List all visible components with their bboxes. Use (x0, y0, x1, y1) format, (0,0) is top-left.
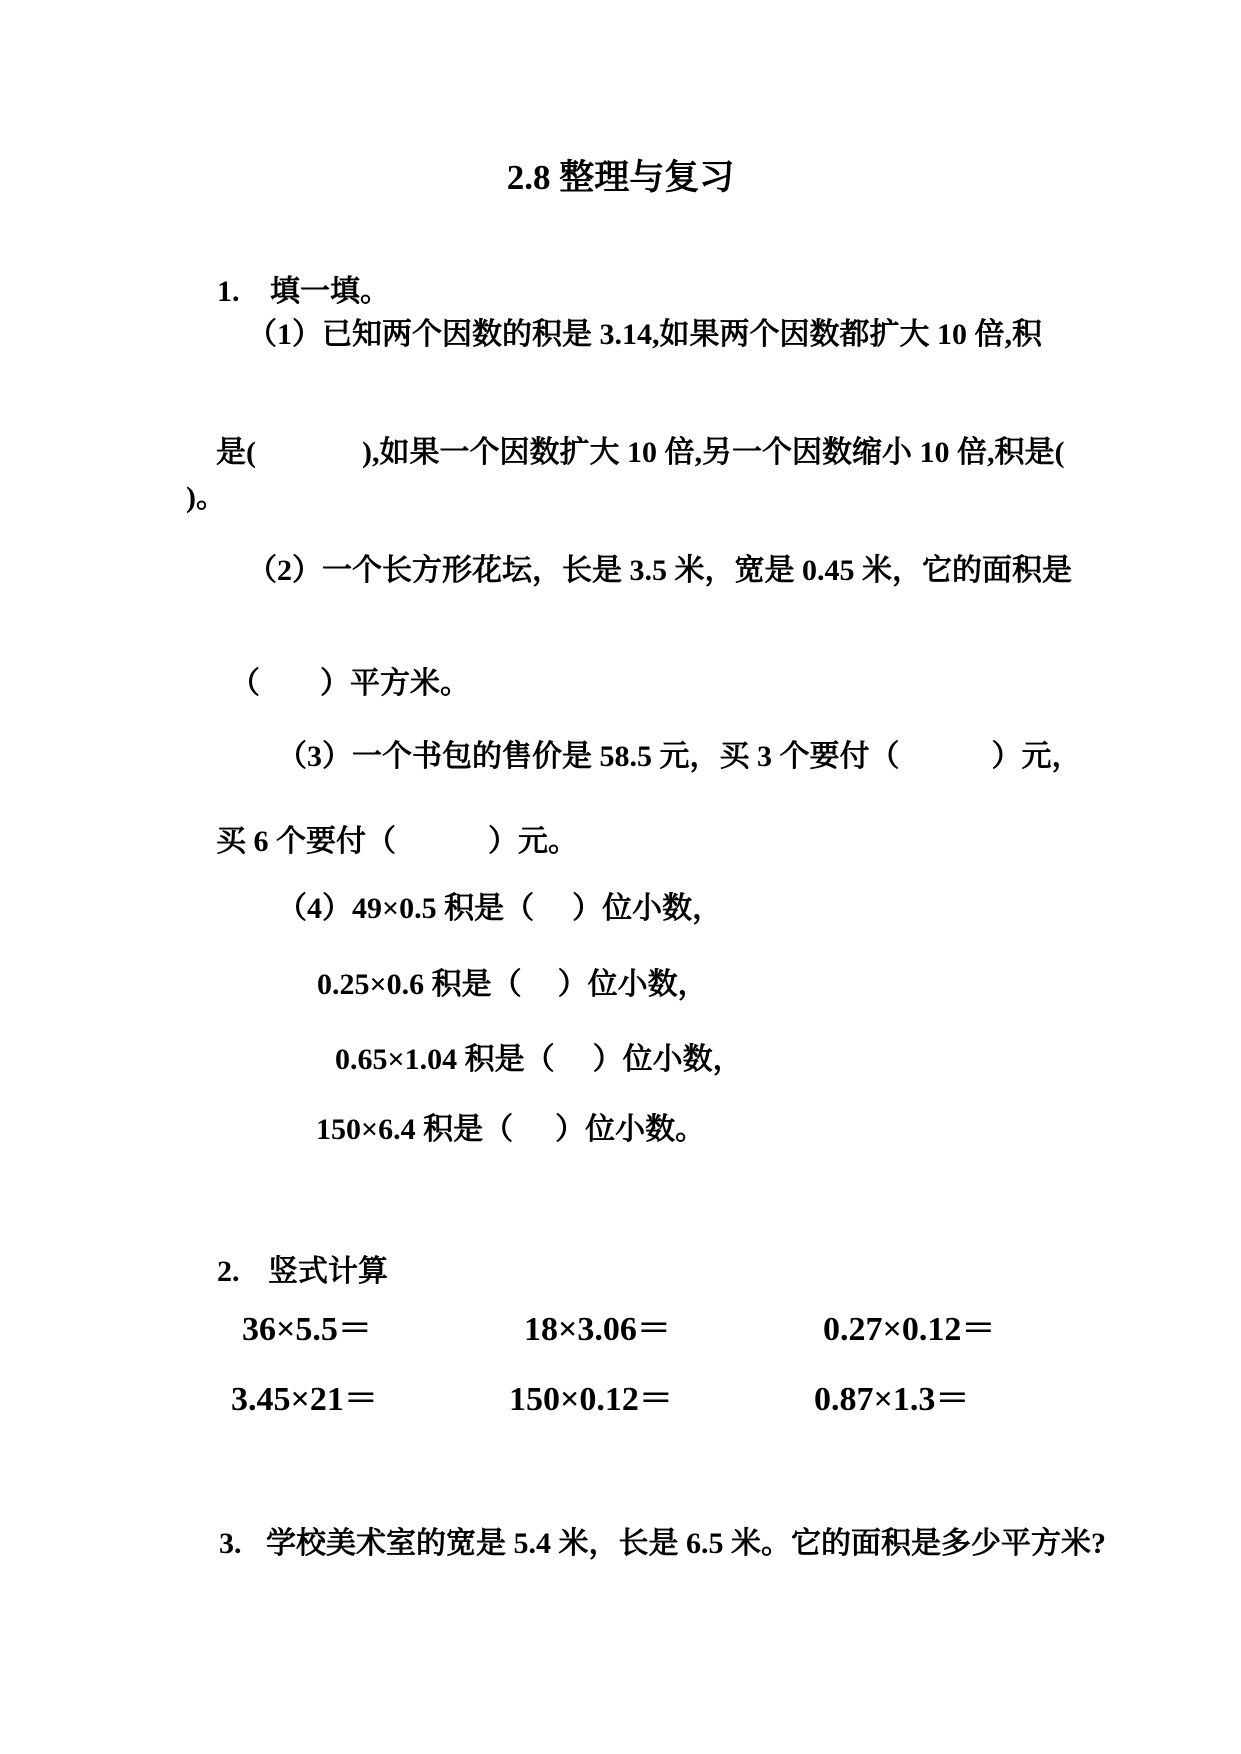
q1-sub2-line2-post: ）平方米。 (320, 667, 470, 700)
q1-sub4-line1-post: ）位小数， (572, 892, 722, 925)
question-3: 3.学校美术室的宽是 5.4 米，长是 6.5 米。它的面积是多少平方米? (189, 1488, 1106, 1599)
q1-sub2-line1: （2）一个长方形花坛，长是 3.5 米，宽是 0.45 米，它的面积是 (247, 552, 1072, 589)
q1-sub1-line1: （1）已知两个因数的积是 3.14,如果两个因数都扩大 10 倍,积 (247, 316, 1042, 353)
answer-blank (260, 692, 320, 693)
answer-blank (396, 850, 488, 851)
equation-3.45x21: 3.45×21＝ (231, 1380, 378, 1420)
q1-sub4-line2-pre: 0.25×0.6 积是（ (317, 968, 522, 1001)
answer-blank (256, 461, 362, 462)
answer-blank (522, 993, 558, 994)
q1-sub1-line2-post: ),如果一个因数扩大 10 倍,另一个因数缩小 10 倍,积是( (362, 436, 1064, 469)
question-1-title: 填一填。 (270, 275, 390, 308)
q1-sub1-line3: )。 (186, 479, 226, 516)
q1-sub3-line1-pre: （3）一个书包的售价是 58.5 元，买 3 个要付（ (277, 740, 900, 773)
question-1-number: 1. (217, 273, 270, 310)
worksheet-page: 2.8 整理与复习 1.填一填。 （1）已知两个因数的积是 3.14,如果两个因… (0, 0, 1241, 1754)
question-3-number: 3. (219, 1525, 266, 1562)
q1-sub4-line4-post: ）位小数。 (555, 1113, 705, 1146)
answer-blank (900, 765, 992, 766)
answer-blank (555, 1068, 593, 1069)
question-2-title: 竖式计算 (268, 1255, 388, 1288)
q1-sub1-line2-pre: 是( (216, 436, 256, 469)
q1-sub4-line1-pre: （4）49×0.5 积是（ (277, 892, 534, 925)
q1-sub4-line4-pre: 150×6.4 积是（ (316, 1113, 513, 1146)
equation-0.87x1.3: 0.87×1.3＝ (814, 1380, 969, 1420)
equation-18x3.06: 18×3.06＝ (524, 1310, 671, 1350)
q1-sub4-line3-post: ）位小数， (593, 1043, 743, 1076)
q1-sub4-line4: 150×6.4 积是（）位小数。 (286, 1074, 705, 1185)
q1-sub3-line1-post: ）元， (992, 740, 1082, 773)
q1-sub2-line2-pre: （ (230, 667, 260, 700)
answer-blank (534, 917, 572, 918)
equation-36x5.5: 36×5.5＝ (242, 1310, 372, 1350)
page-title: 2.8 整理与复习 (0, 158, 1241, 198)
q1-sub1-line2: 是(),如果一个因数扩大 10 倍,另一个因数缩小 10 倍,积是( (186, 397, 1064, 508)
equation-0.27x0.12: 0.27×0.12＝ (823, 1310, 995, 1350)
q1-sub4-line3-pre: 0.65×1.04 积是（ (335, 1043, 555, 1076)
question-2-number: 2. (217, 1253, 268, 1290)
question-3-text: 学校美术室的宽是 5.4 米，长是 6.5 米。它的面积是多少平方米? (266, 1527, 1106, 1560)
answer-blank (513, 1138, 555, 1139)
q1-sub4-line2-post: ）位小数， (558, 968, 708, 1001)
equation-150x0.12: 150×0.12＝ (509, 1380, 673, 1420)
